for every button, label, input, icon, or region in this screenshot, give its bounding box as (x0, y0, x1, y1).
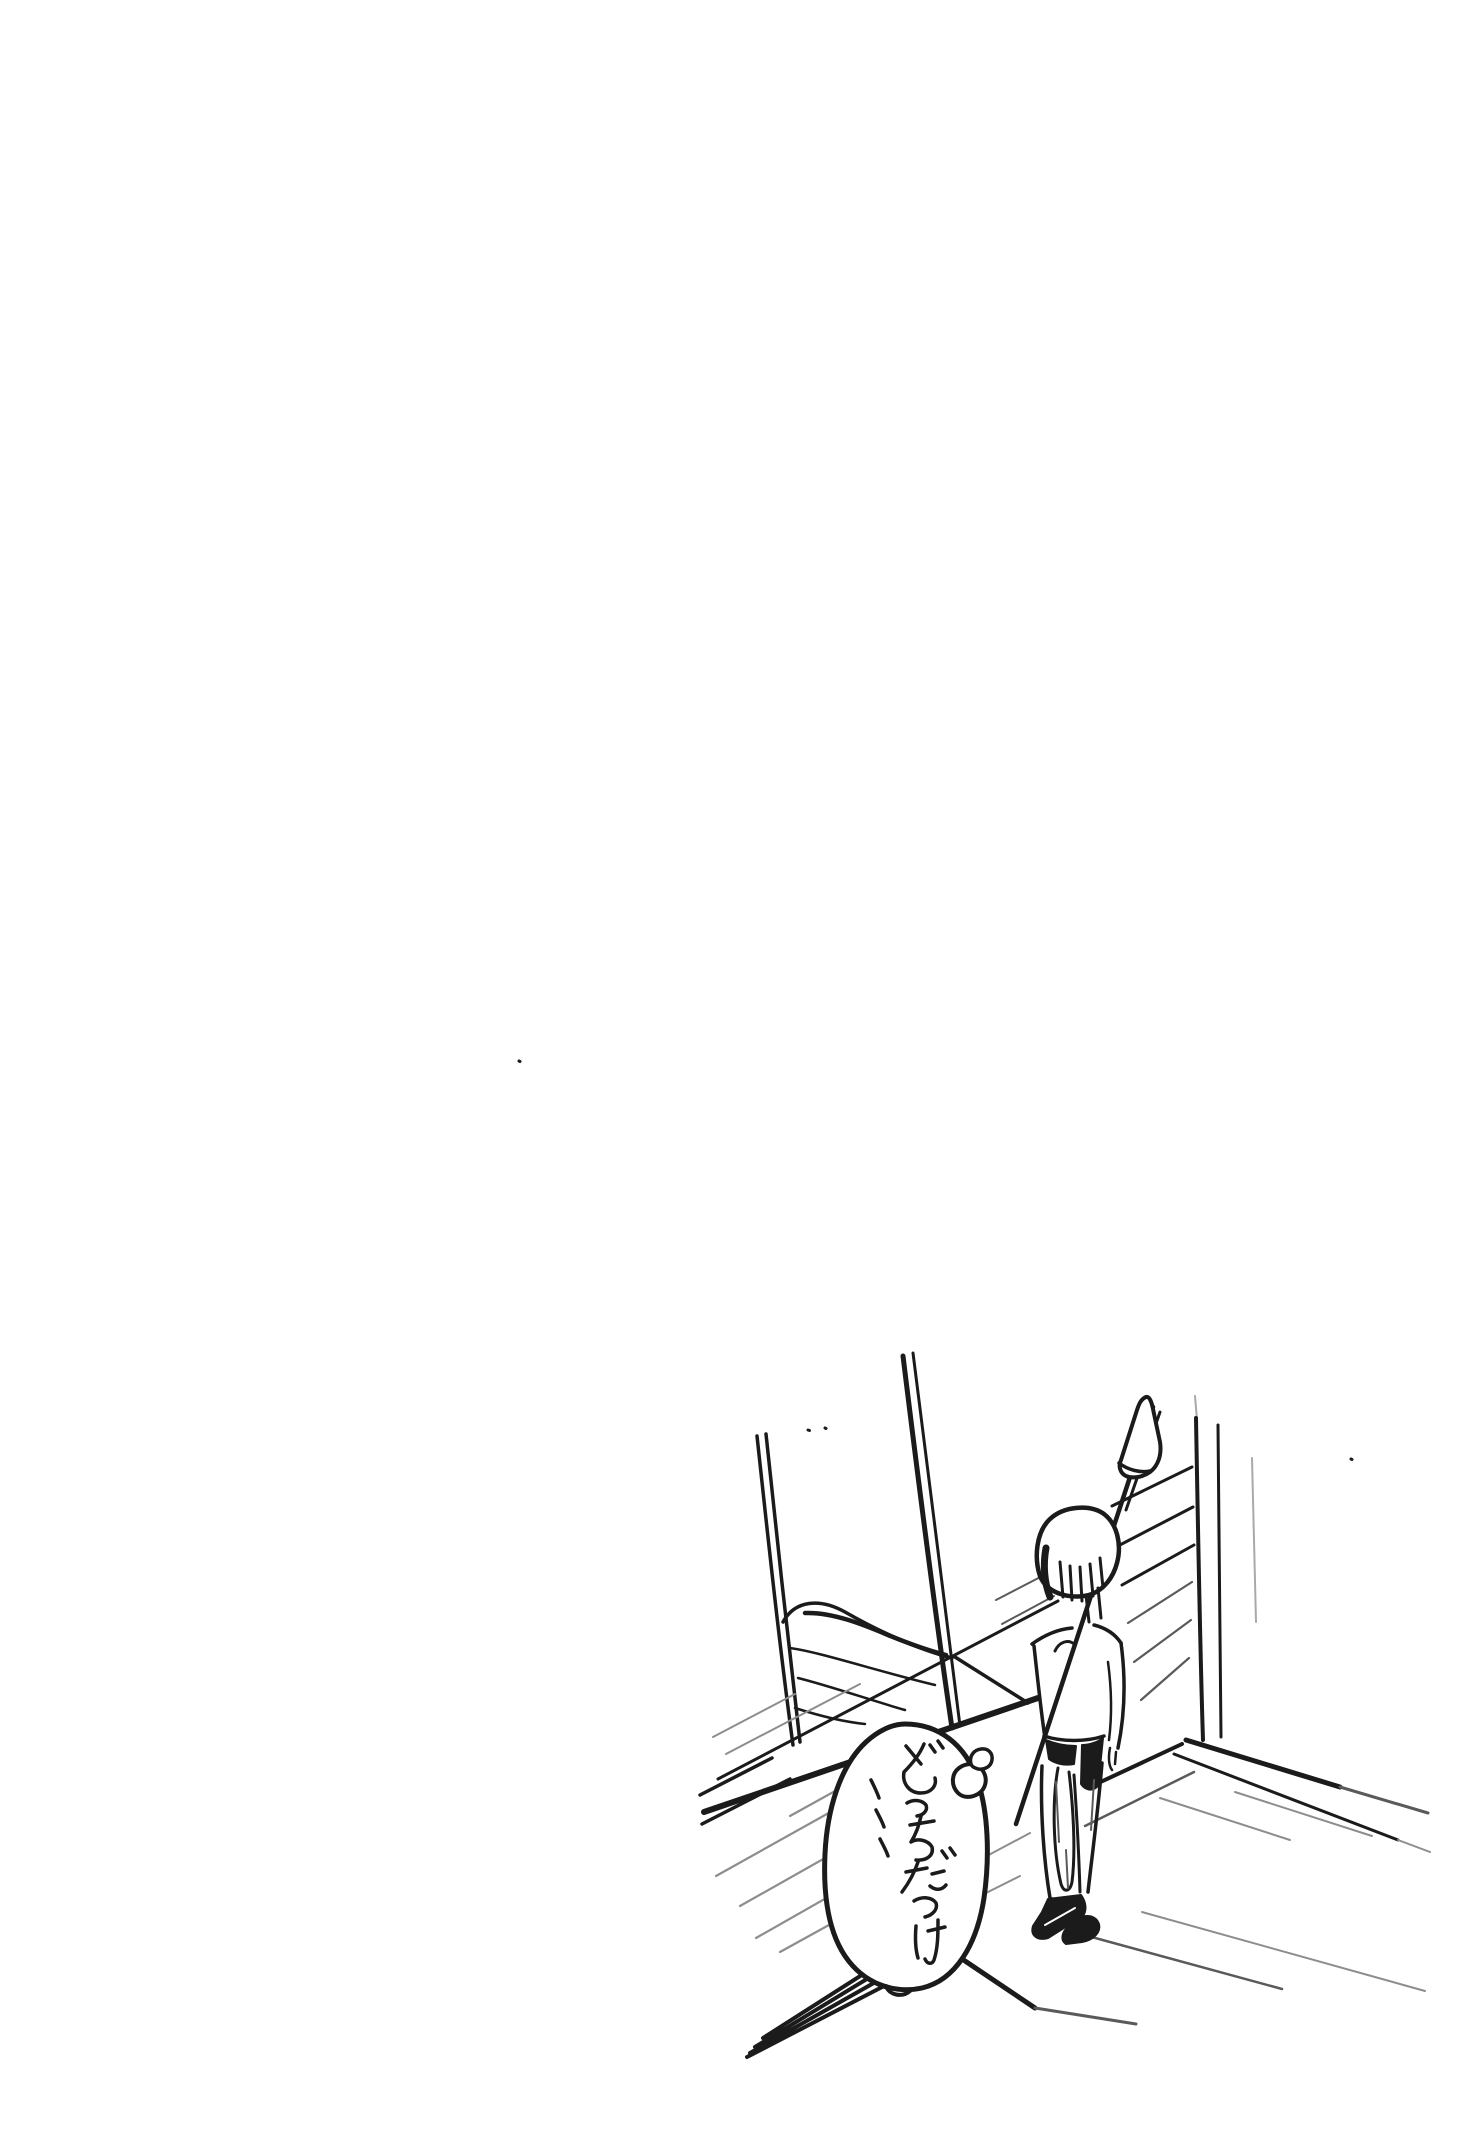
corner-step-edge (955, 1657, 1028, 1703)
right-baseboard-main (1186, 1740, 1340, 1787)
right-baseboard-main-fade (1340, 1787, 1428, 1813)
corner-post-companion-faint (1252, 1458, 1256, 1622)
shoulder-right (1094, 1625, 1121, 1643)
right-wall-hatches-dark (1112, 1467, 1194, 1585)
character-figure (1032, 1508, 1124, 1944)
right-wall-hatches-faint (1128, 1582, 1192, 1700)
mound-layer-lines (790, 1648, 935, 1724)
bubble-tail-oval-small (970, 1749, 992, 1769)
left-door-frame (757, 1353, 960, 1745)
door-post-right (903, 1356, 952, 1728)
arm-inner (1108, 1662, 1111, 1740)
shirt-hem (1044, 1736, 1104, 1741)
mound-accent (805, 1613, 946, 1655)
right-baseboard-left-run (1092, 1744, 1182, 1786)
door-post-left (757, 1434, 800, 1745)
door-post-right-edge (913, 1353, 960, 1726)
hand-marks (1109, 1748, 1116, 1770)
hallway-sketch-drawing: どっちだっけ (0, 0, 1480, 2146)
bottom-floor-line-2 (1066, 1930, 1282, 1989)
right-floor-streaks (1160, 1792, 1372, 1840)
right-baseboard-lower (1174, 1754, 1398, 1840)
left-baseboard-corner-lines (700, 1758, 790, 1824)
right-baseboard-lower-fade (1398, 1840, 1430, 1852)
bottom-floor-line-3 (1142, 1912, 1425, 1991)
doorway-mound (783, 1603, 952, 1724)
pants-left-edge (1041, 1766, 1050, 1898)
corner-post-edge (1218, 1425, 1221, 1737)
arm-outer (1118, 1643, 1124, 1748)
torso-left-edge (1034, 1646, 1045, 1738)
waistband-dark-left (1046, 1740, 1076, 1765)
manga-sketch-page: どっちだっけ 、、、 (0, 0, 1480, 2146)
scan-speck-dots (519, 1061, 1352, 1460)
speech-bubble: どっちだっけ (825, 1724, 992, 1995)
bottom-step-edge-fade (1035, 2008, 1136, 2024)
right-baseboard (1085, 1740, 1430, 1852)
bottom-floor-lines (907, 1912, 1425, 2024)
corner-post (1196, 1418, 1203, 1740)
